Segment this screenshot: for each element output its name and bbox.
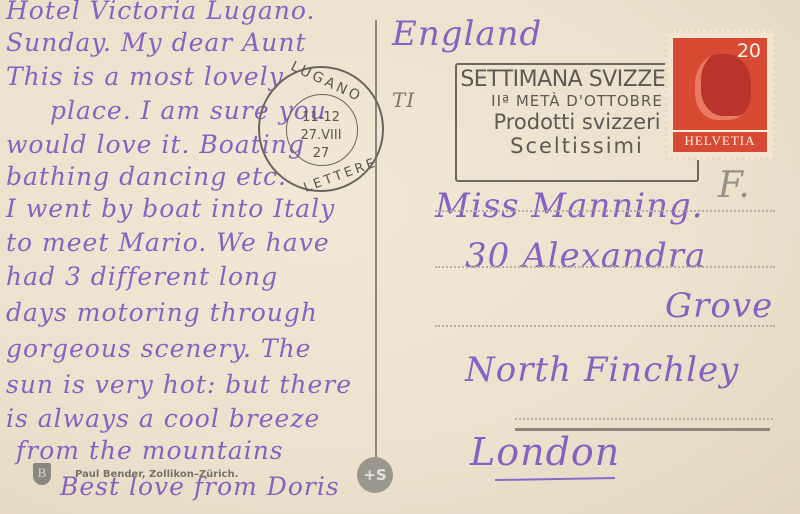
address-rule <box>515 418 773 420</box>
address-rule <box>435 325 775 327</box>
postcard-back: Hotel Victoria Lugano. Sunday. My dear A… <box>0 0 800 514</box>
slogan-line-2: IIª METÀ D'OTTOBRE <box>457 92 697 110</box>
stamp-design: 20 HELVETIA <box>673 38 767 152</box>
address-line: London <box>470 430 620 474</box>
message-line: This is a most lovely <box>6 62 284 91</box>
slogan-cancellation: SETTIMANA SVIZZERA IIª METÀ D'OTTOBRE Pr… <box>455 63 699 182</box>
postmark: LUGANO 11-12 27.VIII 27 LETTERE <box>258 66 384 192</box>
stamp-country: HELVETIA <box>673 130 767 149</box>
pencil-note: F. <box>718 165 751 206</box>
address-line: Grove <box>665 286 773 326</box>
center-divider <box>375 20 377 460</box>
destination-country: England <box>392 14 542 54</box>
william-tell-portrait-icon <box>695 54 751 120</box>
message-line: gorgeous scenery. The <box>6 334 311 363</box>
address-line: North Finchley <box>465 350 739 390</box>
slogan-line-4: Sceltissimi <box>457 134 697 158</box>
message-line: Sunday. My dear Aunt <box>6 28 307 57</box>
address-rule <box>435 266 775 268</box>
message-line: sun is very hot: but there <box>6 370 352 399</box>
message-line: Hotel Victoria Lugano. <box>6 0 315 25</box>
publisher-imprint: Paul Bender, Zollikon–Zürich. <box>75 469 238 480</box>
postmark-time: 11-12 <box>260 110 382 125</box>
stamp-value: 20 <box>737 40 761 62</box>
postmark-date: 27.VIII <box>260 128 382 143</box>
publisher-shield-icon: B <box>33 463 51 485</box>
slogan-line-1: SETTIMANA SVIZZERA <box>457 67 697 92</box>
message-line: I went by boat into Italy <box>6 194 335 223</box>
message-line: is always a cool breeze <box>6 404 320 433</box>
postage-stamp: 20 HELVETIA <box>665 30 775 160</box>
message-line: from the mountains <box>16 436 284 465</box>
address-rule <box>435 210 775 212</box>
message-line: to meet Mario. We have <box>6 228 330 257</box>
slogan-line-3: Prodotti svizzeri <box>457 110 697 134</box>
address-line: 30 Alexandra <box>465 236 706 276</box>
region-note: TI <box>392 88 415 112</box>
message-line: days motoring through <box>6 298 318 327</box>
swiss-cross-badge-icon: +S <box>357 457 393 493</box>
address-line: Miss Manning. <box>435 186 704 226</box>
city-underline <box>495 477 615 481</box>
message-line: had 3 different long <box>6 262 278 291</box>
message-line: bathing dancing etc. <box>6 162 287 191</box>
